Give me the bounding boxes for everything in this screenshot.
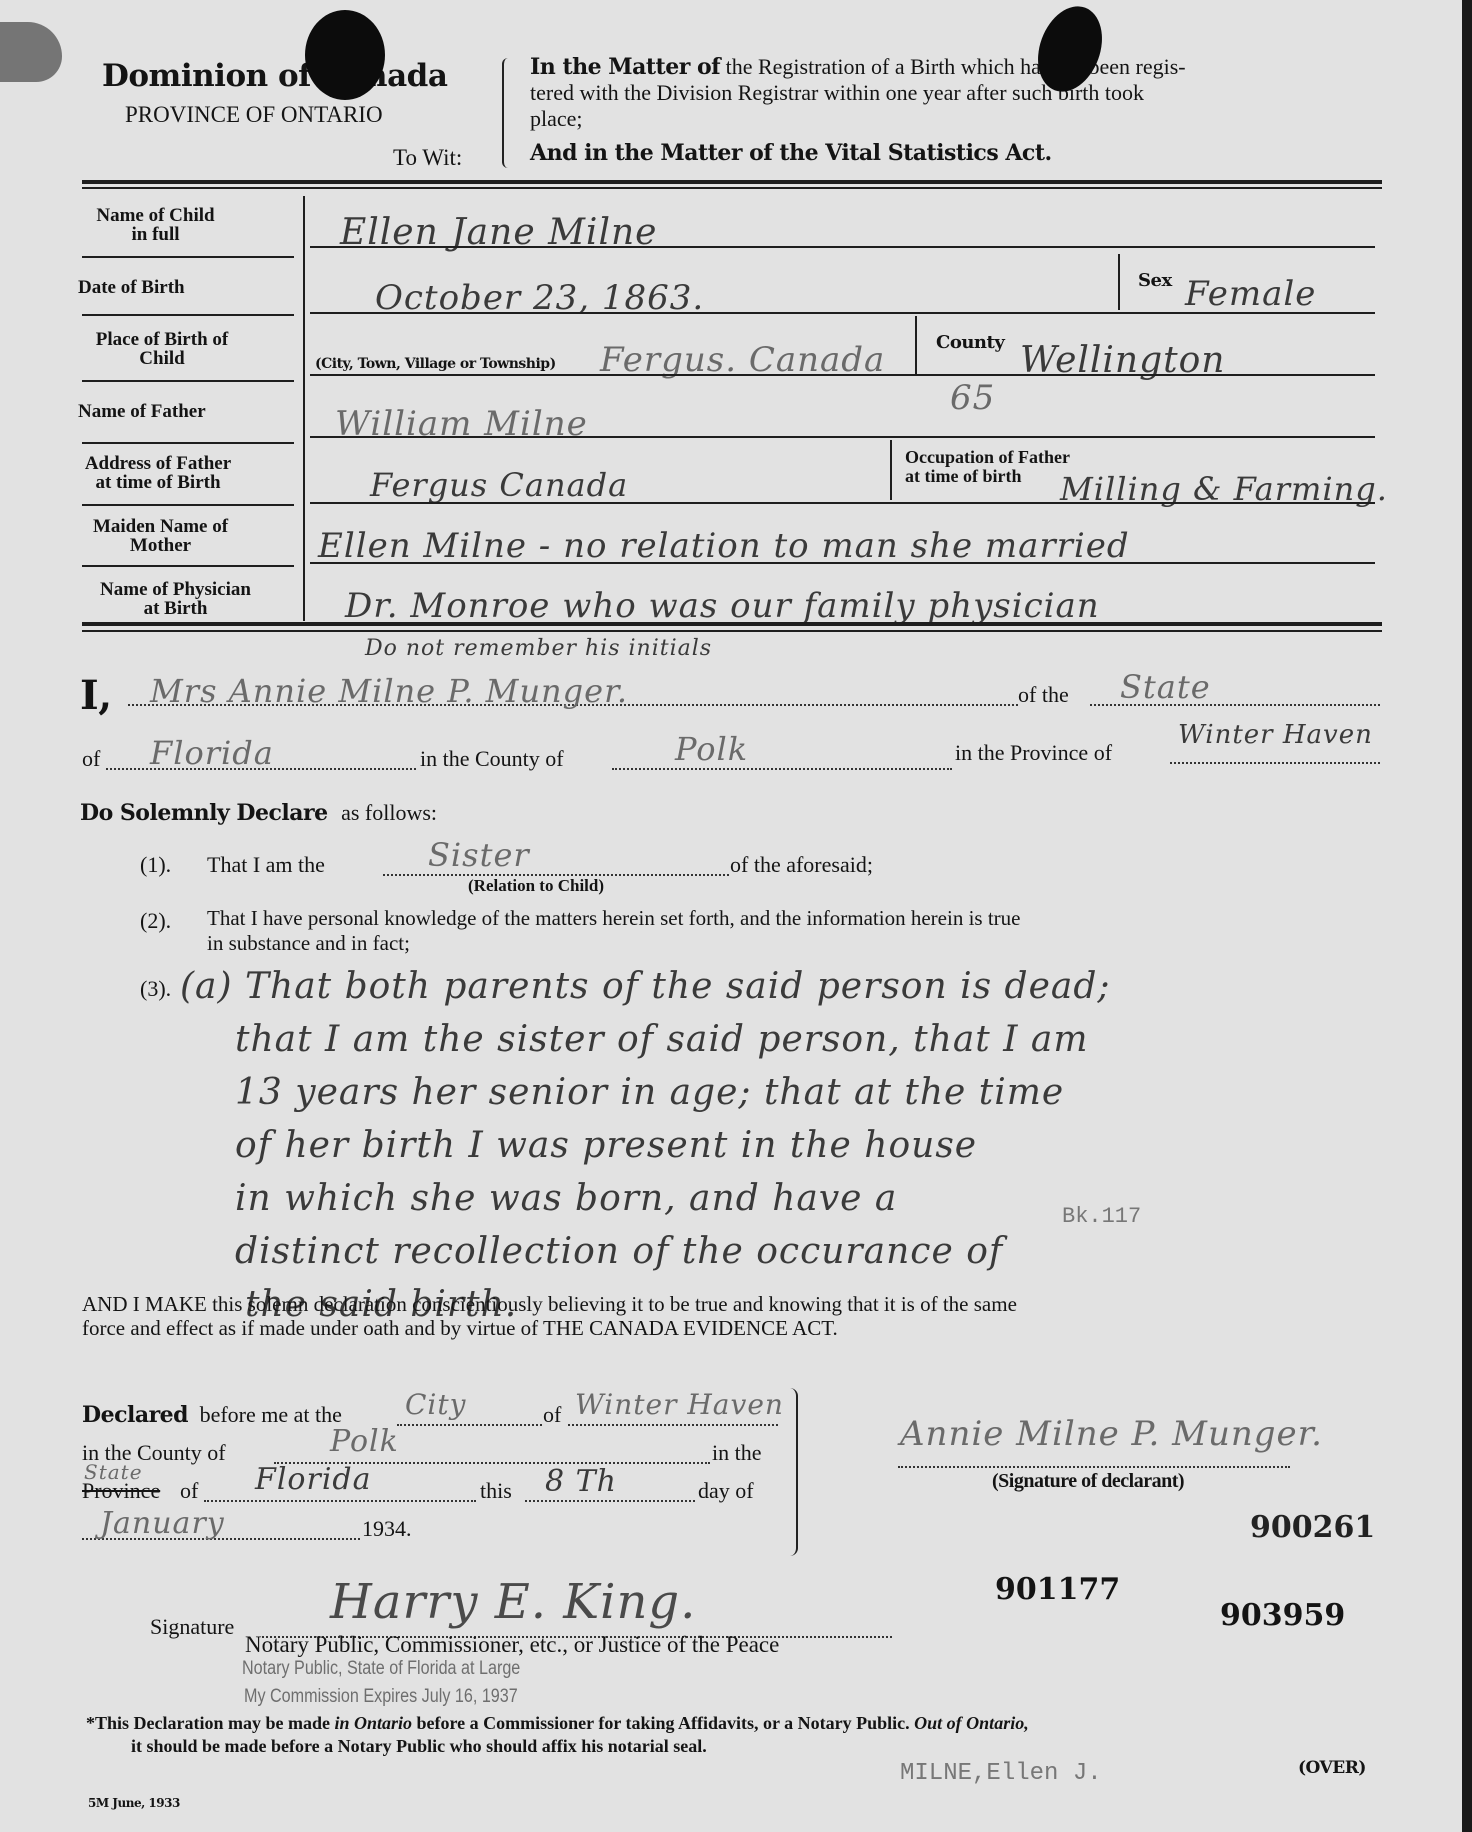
- item2-line-1: That I have personal knowledge of the ma…: [207, 906, 1020, 930]
- header-title: Dominion of Canada: [102, 58, 447, 94]
- stain: [0, 22, 62, 82]
- footer-note-line-1: *This Declaration may be made in Ontario…: [86, 1712, 1396, 1735]
- cell-divider: [1118, 254, 1120, 310]
- day-value: 8 Th: [545, 1464, 617, 1499]
- row-rule: [310, 312, 1375, 314]
- header-brace: [502, 58, 510, 168]
- province-of-label: in the Province of: [955, 740, 1112, 766]
- field-column-divider: [303, 196, 305, 621]
- item3-num: (3).: [140, 976, 171, 1002]
- county-of-value: Polk: [675, 730, 748, 768]
- item1-value: Sister: [428, 836, 530, 874]
- footer-note-line-2: it should be made before a Notary Public…: [86, 1735, 1396, 1758]
- city-value: Winter Haven: [575, 1388, 784, 1421]
- matter-line-3: place;: [530, 106, 583, 131]
- to-wit-label: To Wit:: [393, 145, 462, 171]
- cell-divider: [890, 440, 892, 500]
- declared-brace: [788, 1388, 798, 1556]
- row-rule: [82, 565, 294, 567]
- declarant-name: Mrs Annie Milne P. Munger.: [150, 672, 628, 710]
- item3-line: (a) That both parents of the said person…: [180, 960, 1111, 1013]
- place-type-line: [397, 1424, 542, 1426]
- signature-label: Signature: [150, 1614, 234, 1640]
- redaction-blot: [305, 10, 385, 100]
- sex-value: Female: [1185, 274, 1316, 314]
- divider: [82, 630, 1382, 632]
- province-of-value: Winter Haven: [1178, 720, 1373, 750]
- item3-line: distinct recollection of the occurance o…: [180, 1225, 1111, 1278]
- of-the-label: of the: [1018, 682, 1069, 708]
- row-rule: [82, 380, 294, 382]
- item3-line: that I am the sister of said person, tha…: [180, 1013, 1111, 1066]
- i-label: I,: [80, 672, 112, 719]
- over-label: (OVER): [1298, 1758, 1366, 1778]
- notary-stamp-1: Notary Public, State of Florida at Large: [242, 1658, 520, 1680]
- solemn-line-1: AND I MAKE this solemn declaration consc…: [82, 1292, 1392, 1316]
- item1-num: (1).: [140, 852, 171, 878]
- declare-heading-bold: Do Solemnly Declare: [80, 800, 328, 826]
- row-rule: [82, 442, 294, 444]
- declared-this: this: [480, 1478, 512, 1504]
- record-number-3: 903959: [1220, 1598, 1345, 1633]
- item1-hint: (Relation to Child): [468, 876, 604, 896]
- county-of-label: in the County of: [420, 746, 564, 772]
- matter-line-1: the Registration of a Birth which has no…: [726, 54, 1186, 79]
- form-id: 5M June, 1933: [88, 1796, 180, 1810]
- item2-text: That I have personal knowledge of the ma…: [207, 906, 1387, 956]
- father-address-value: Fergus Canada: [370, 466, 628, 504]
- item1-pre: That I am the: [207, 852, 325, 878]
- cell-divider: [915, 316, 917, 374]
- child-name-label: Name of Child in full: [78, 206, 233, 244]
- day-line: [525, 1500, 695, 1502]
- sex-label: Sex: [1138, 270, 1172, 291]
- county-label: County: [936, 332, 1004, 353]
- row-rule: [310, 502, 1375, 504]
- month-value: January: [100, 1506, 225, 1541]
- row-rule: [82, 504, 294, 506]
- declarant-signature: Annie Milne P. Munger.: [900, 1414, 1323, 1454]
- county-of-line: [612, 768, 952, 770]
- row-rule: [310, 246, 1375, 248]
- declared-day-of: day of: [698, 1478, 754, 1504]
- item2-line-2: in substance and in fact;: [207, 931, 410, 955]
- index-stamp: MILNE,Ellen J.: [900, 1760, 1102, 1787]
- state-value: Florida: [255, 1462, 372, 1497]
- item3-line: in which she was born, and have a: [180, 1172, 1111, 1225]
- declarant-sig-line: [898, 1466, 1290, 1468]
- of-the-value: State: [1120, 668, 1211, 706]
- solemn-line-2: force and effect as if made under oath a…: [82, 1316, 1392, 1340]
- notary-stamp-2: My Commission Expires July 16, 1937: [244, 1686, 518, 1708]
- father-address-label: Address of Father at time of Birth: [78, 454, 238, 492]
- of-value: Florida: [150, 734, 274, 772]
- declarant-sig-caption: (Signature of declarant): [992, 1470, 1184, 1493]
- of-label: of: [82, 746, 100, 772]
- dob-label: Date of Birth: [78, 278, 223, 297]
- place-hint: (City, Town, Village or Township): [315, 356, 556, 372]
- footer-note-part: *This Declaration may be made: [86, 1713, 334, 1733]
- solemn-statement: AND I MAKE this solemn declaration consc…: [82, 1292, 1392, 1340]
- declared-before: before me at the: [200, 1402, 342, 1427]
- declared-of: of: [543, 1402, 561, 1428]
- physician-value: Dr. Monroe who was our family physician: [345, 586, 1100, 626]
- notary-signature: Harry E. King.: [330, 1574, 696, 1630]
- declaration-document: Dominion of Canada PROVINCE OF ONTARIO T…: [0, 0, 1462, 1832]
- row-rule: [82, 256, 294, 258]
- declared-in-the: in the: [712, 1440, 762, 1466]
- footer-note-italic: Out of Ontario,: [914, 1713, 1029, 1733]
- footer-note-italic: in Ontario: [334, 1713, 412, 1733]
- county-note: 65: [950, 378, 995, 418]
- declared-of2: of: [180, 1478, 198, 1504]
- row-rule: [82, 314, 294, 316]
- footer-note-part: before a Commissioner for taking Affidav…: [412, 1713, 914, 1733]
- matter-text: In the Matter of the Registration of a B…: [530, 54, 1390, 132]
- state-line: [204, 1500, 476, 1502]
- row-rule: [310, 374, 1375, 376]
- year-value: 1934.: [362, 1516, 412, 1542]
- physician-label: Name of Physician at Birth: [78, 580, 273, 618]
- item2-num: (2).: [140, 908, 171, 934]
- father-label: Name of Father: [78, 402, 248, 421]
- declare-heading-suffix: as follows:: [341, 800, 437, 825]
- footer-note: *This Declaration may be made in Ontario…: [86, 1712, 1396, 1758]
- father-value: William Milne: [335, 404, 588, 444]
- item3-line: of her birth I was present in the house: [180, 1119, 1111, 1172]
- place-type-value: City: [405, 1388, 466, 1421]
- record-number-1: 900261: [1250, 1510, 1375, 1545]
- item3-handwritten: (a) That both parents of the said person…: [180, 960, 1111, 1331]
- matter-lead: In the Matter of: [530, 54, 720, 80]
- province-struck: Province: [82, 1478, 160, 1504]
- divider: [82, 622, 1382, 626]
- physician-note: Do not remember his initials: [365, 636, 712, 661]
- declared-county-value: Polk: [330, 1424, 399, 1459]
- act-line: And in the Matter of the Vital Statistic…: [530, 140, 1052, 166]
- book-stamp: Bk.117: [1062, 1204, 1141, 1229]
- declare-heading: Do Solemnly Declare as follows:: [80, 800, 437, 826]
- scan-edge: [1462, 0, 1472, 1832]
- item3-line: 13 years her senior in age; that at the …: [180, 1066, 1111, 1119]
- city-line: [568, 1424, 778, 1426]
- notary-caption: Notary Public, Commissioner, etc., or Ju…: [245, 1632, 779, 1658]
- item1-post: of the aforesaid;: [730, 852, 873, 878]
- mother-value: Ellen Milne - no relation to man she mar…: [318, 526, 1130, 566]
- declared-lead: Declared: [82, 1402, 188, 1428]
- record-number-2: 901177: [995, 1572, 1120, 1607]
- declared-line-1: Declared before me at the: [82, 1402, 342, 1428]
- divider: [82, 187, 1382, 189]
- row-rule: [310, 562, 1375, 564]
- row-rule: [310, 436, 1375, 438]
- province-label: PROVINCE OF ONTARIO: [125, 102, 383, 128]
- divider: [82, 180, 1382, 184]
- occupation-label: Occupation of Father at time of birth: [905, 448, 1070, 486]
- place-label: Place of Birth of Child: [78, 330, 246, 368]
- province-of-line: [1170, 762, 1380, 764]
- mother-label: Maiden Name of Mother: [78, 517, 243, 555]
